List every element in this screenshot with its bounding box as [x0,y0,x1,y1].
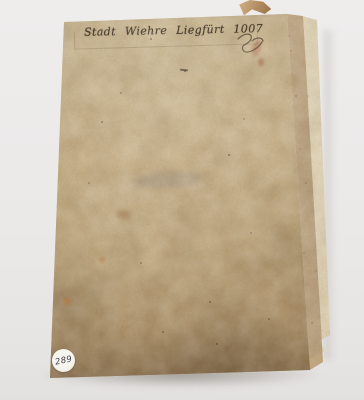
rust-stain [116,210,131,219]
orange-stain-small [99,257,105,263]
ink-flourish [236,31,266,55]
orange-stain [63,297,71,305]
red-ink-stain-small [258,58,264,66]
book-photograph: Stadt Wiehre Liegfürt 1007 289 [0,0,364,400]
catalogue-number: 289 [54,354,73,367]
cover-specks [0,0,2,2]
